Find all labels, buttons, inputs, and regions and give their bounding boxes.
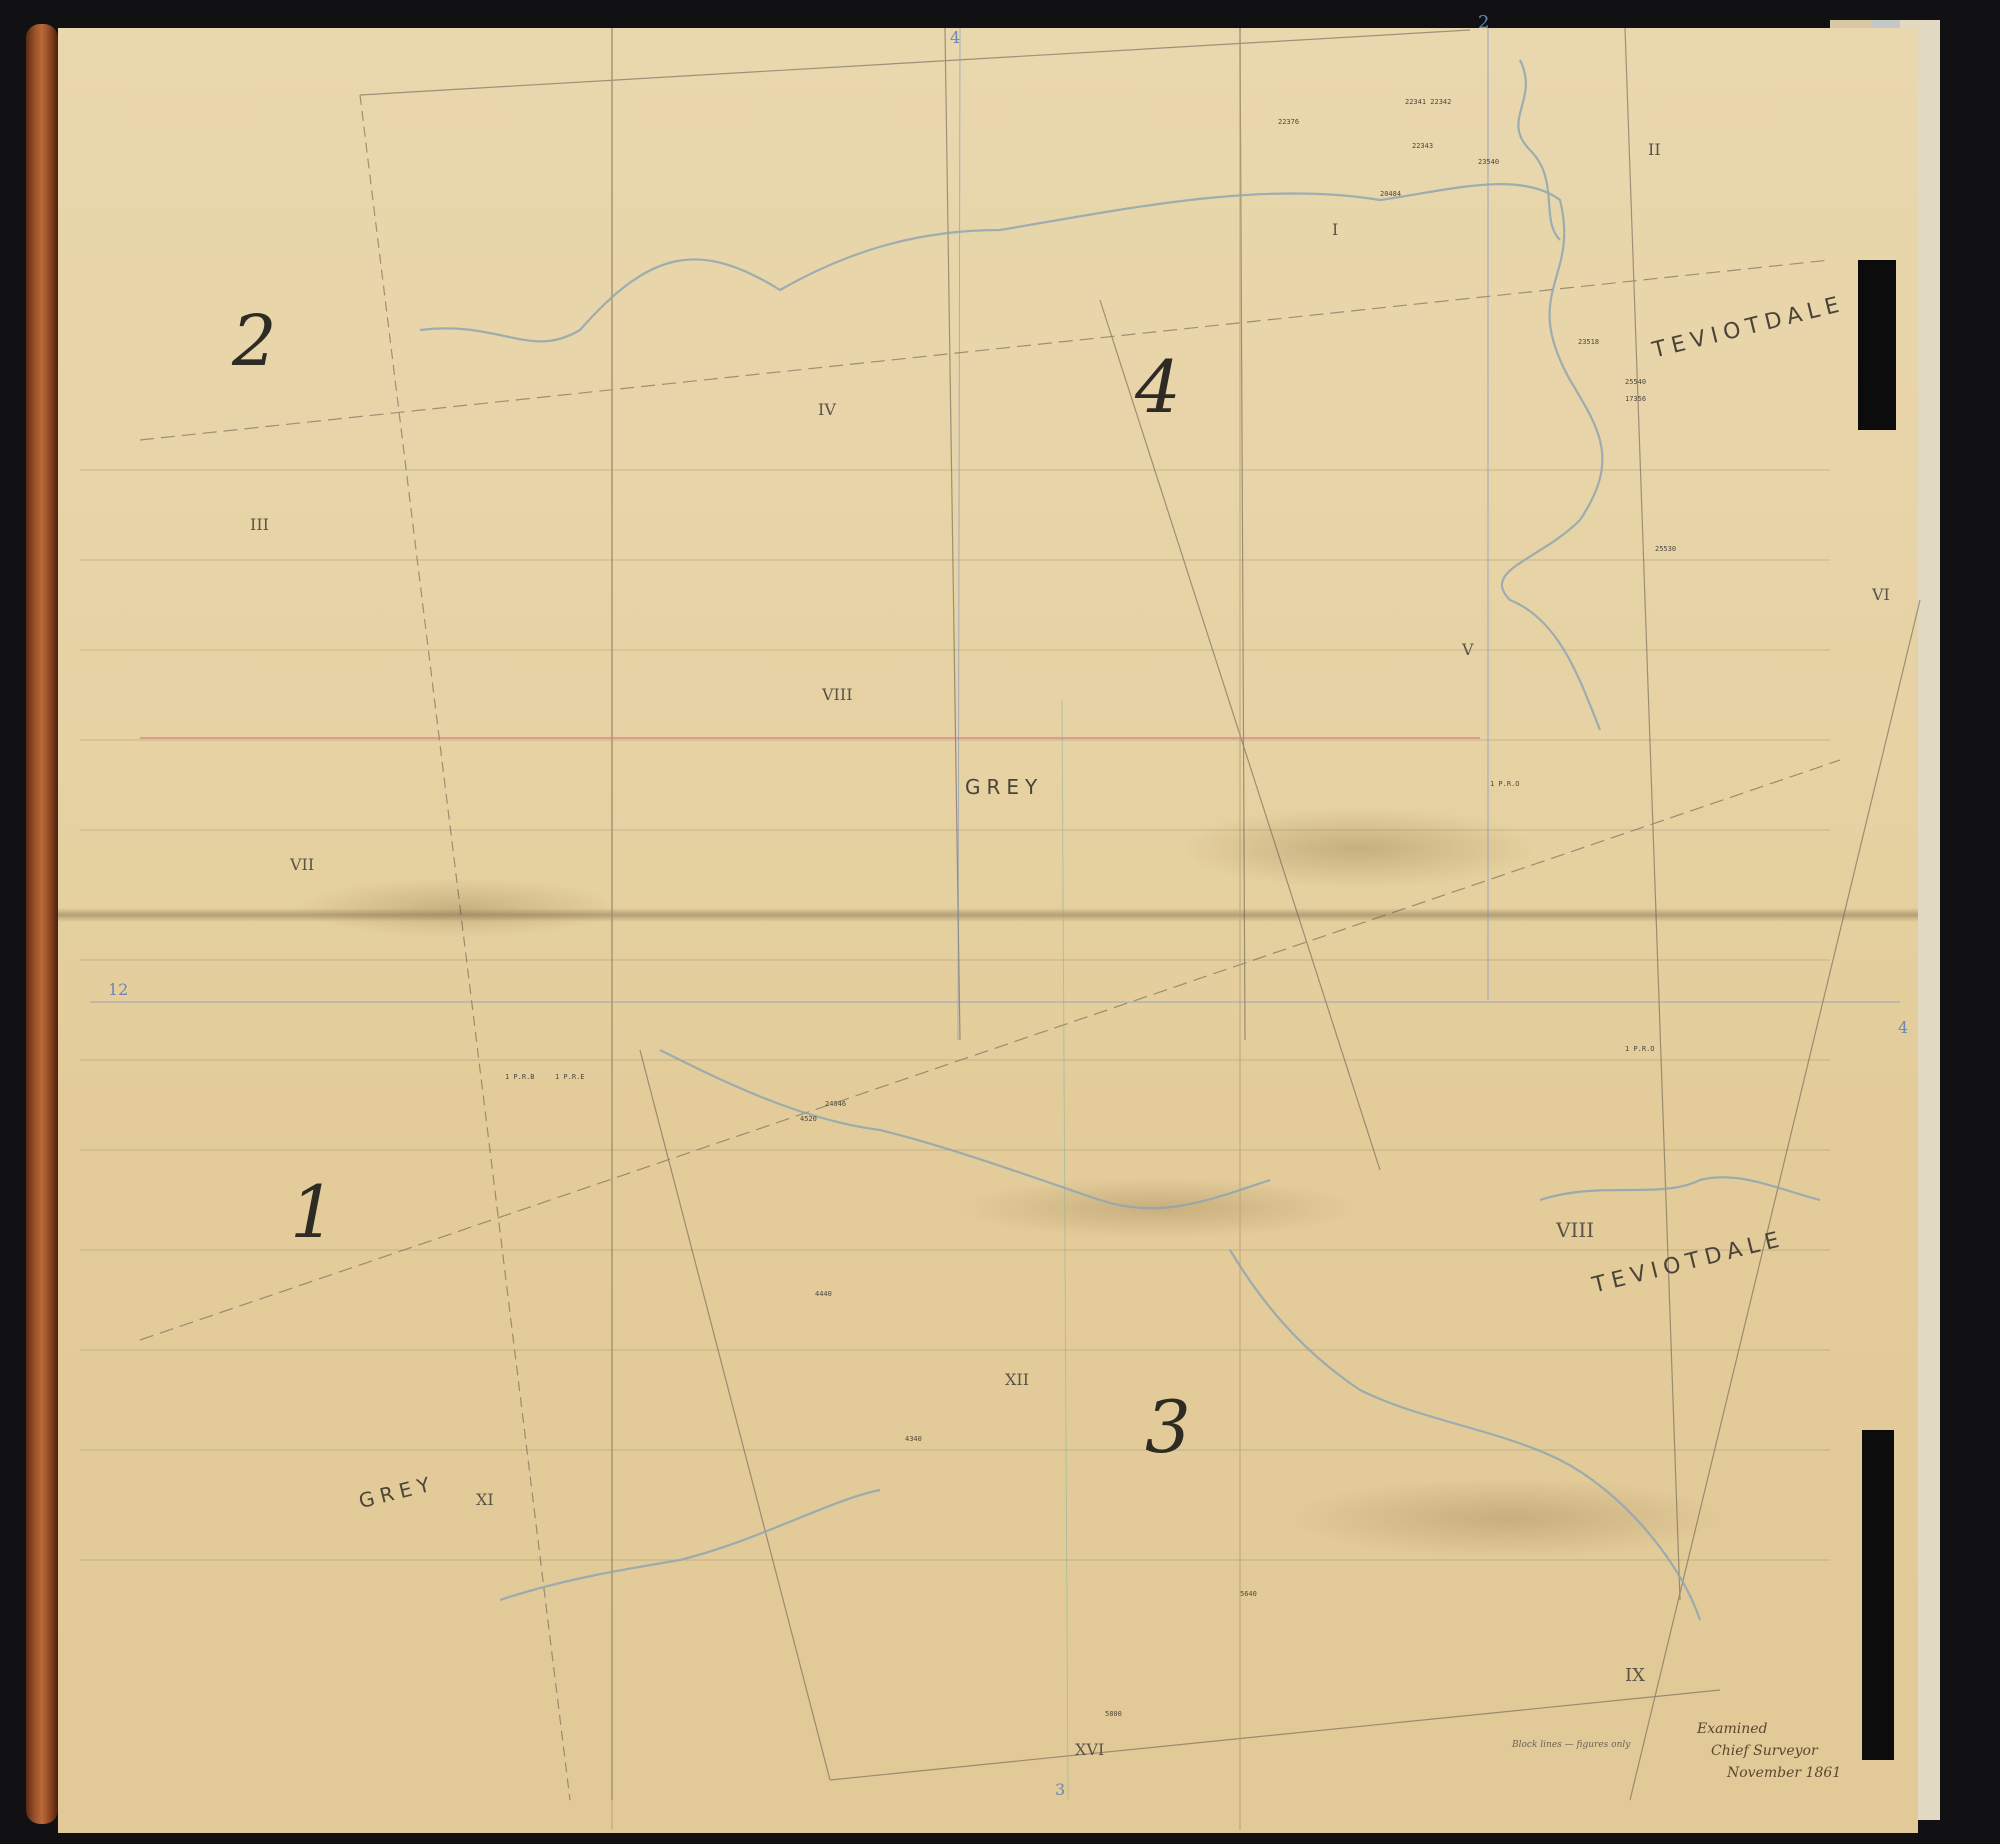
parcel-label: 24046 [825, 1100, 846, 1108]
grid-number: 4 [950, 28, 960, 47]
parcel-label: 4340 [905, 1435, 922, 1443]
block-numeral: IX [1625, 1665, 1645, 1686]
block-numeral: VI [1872, 585, 1890, 604]
parcel-label: 4440 [815, 1290, 832, 1298]
parcel-label: 1 P.R.O [1490, 780, 1520, 788]
parcel-label: 22343 [1412, 142, 1433, 150]
grid-number: 12 [108, 980, 128, 999]
parcel-label: 4520 [800, 1115, 817, 1123]
parcel-label: 25540 [1625, 378, 1646, 386]
parcel-label: 22341 22342 [1405, 98, 1451, 106]
parcel-label: 22376 [1278, 118, 1299, 126]
sheet-number: 3 [1145, 1385, 1191, 1469]
grid-number: 3 [1055, 1780, 1065, 1799]
grid-number: 2 [1478, 12, 1489, 33]
parcel-label: 1 P.R.O [1625, 1045, 1655, 1053]
block-numeral: II [1648, 140, 1661, 159]
block-numeral: VIII [822, 685, 853, 704]
block-numeral: VII [290, 855, 314, 874]
sheet-number: 2 [232, 300, 277, 382]
signature-line: Chief Surveyor [1697, 1740, 1841, 1762]
surveyor-signature: Examined Chief Surveyor November 1861 [1697, 1718, 1841, 1784]
block-numeral: XII [1005, 1370, 1029, 1389]
parcel-label: 1 P.R.E [555, 1073, 585, 1081]
block-numeral: XVI [1075, 1740, 1104, 1759]
block-numeral: V [1462, 640, 1474, 659]
block-numeral: I [1332, 220, 1338, 239]
block-numeral: XI [476, 1490, 494, 1509]
block-numeral: III [250, 515, 269, 534]
parcel-label: 25530 [1655, 545, 1676, 553]
signature-line: Examined [1697, 1718, 1841, 1740]
block-numeral: IV [818, 400, 836, 419]
parcel-label: 20484 [1380, 190, 1401, 198]
parcel-label: 1 P.R.B [505, 1073, 535, 1081]
parcel-label: 23540 [1478, 158, 1499, 166]
map-linework [0, 0, 2000, 1844]
parcel-label: 23518 [1578, 338, 1599, 346]
block-note: Block lines — figures only [1512, 1740, 1630, 1750]
signature-line: November 1861 [1697, 1762, 1841, 1784]
parcel-label: 5640 [1240, 1590, 1257, 1598]
block-numeral: VIII [1556, 1218, 1594, 1242]
sheet-number: 1 [290, 1170, 336, 1254]
grid-number: 4 [1898, 1018, 1908, 1037]
parcel-label: 17356 [1625, 395, 1646, 403]
region-label-grey: GREY [965, 775, 1043, 799]
parcel-label: 5800 [1105, 1710, 1122, 1718]
sheet-number: 4 [1135, 345, 1181, 429]
